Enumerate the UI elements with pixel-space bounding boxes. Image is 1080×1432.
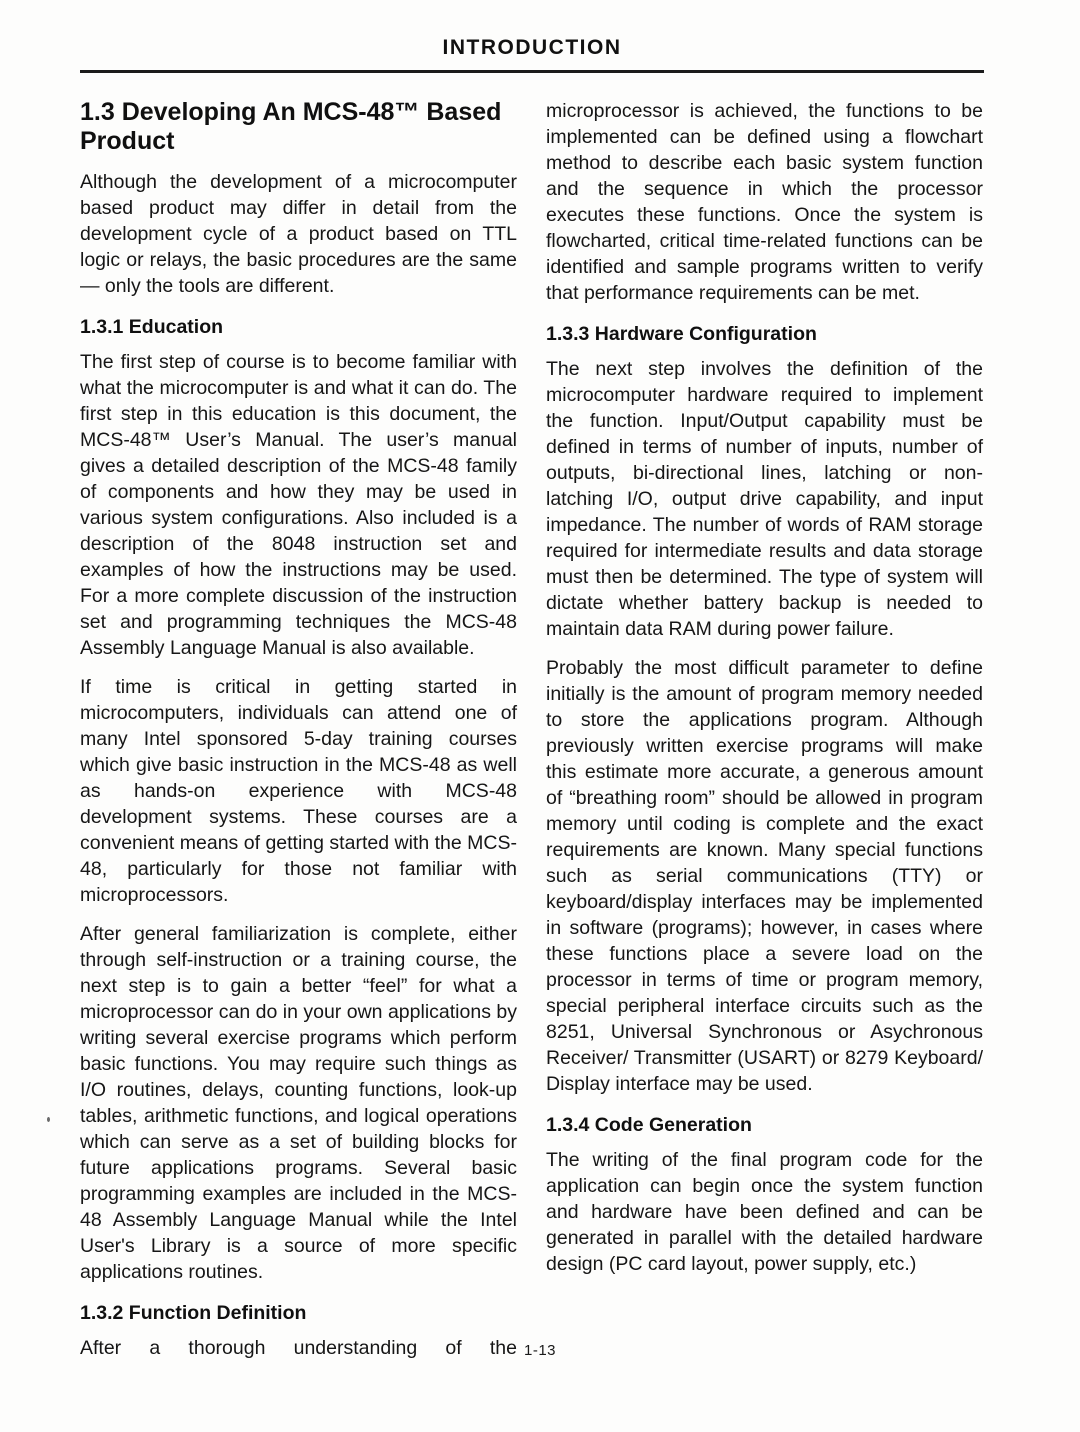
function-definition-continuation-paragraph: microprocessor is achieved, the function… <box>546 98 983 306</box>
education-paragraph-3: After general familiarization is complet… <box>80 921 517 1285</box>
education-paragraph-1: The first step of course is to become fa… <box>80 349 517 661</box>
page-header-title: INTRODUCTION <box>80 36 984 60</box>
section-1-3-3-heading: 1.3.3 Hardware Configuration <box>546 323 983 346</box>
section-1-3-heading: 1.3 Developing An MCS-48™ Based Product <box>80 98 517 156</box>
page-footer: 1-13 <box>0 1342 1080 1359</box>
left-column: 1.3 Developing An MCS-48™ Based Product … <box>80 98 517 1374</box>
right-column: microprocessor is achieved, the function… <box>546 98 983 1374</box>
two-column-body: 1.3 Developing An MCS-48™ Based Product … <box>80 98 984 1374</box>
intro-paragraph: Although the development of a microcompu… <box>80 169 517 299</box>
hardware-configuration-paragraph-1: The next step involves the definition of… <box>546 356 983 642</box>
code-generation-paragraph: The writing of the final program code fo… <box>546 1147 983 1277</box>
education-paragraph-2: If time is critical in getting started i… <box>80 674 517 908</box>
section-1-3-1-heading: 1.3.1 Education <box>80 316 517 339</box>
document-page: INTRODUCTION 1.3 Developing An MCS-48™ B… <box>0 0 1080 1432</box>
page-header: INTRODUCTION <box>80 36 984 73</box>
hardware-configuration-paragraph-2: Probably the most difficult parameter to… <box>546 655 983 1097</box>
section-1-3-2-heading: 1.3.2 Function Definition <box>80 1302 517 1325</box>
scan-artifact-speck <box>47 1117 50 1122</box>
section-1-3-4-heading: 1.3.4 Code Generation <box>546 1114 983 1137</box>
header-rule <box>80 70 984 73</box>
page-number: 1-13 <box>524 1342 556 1359</box>
